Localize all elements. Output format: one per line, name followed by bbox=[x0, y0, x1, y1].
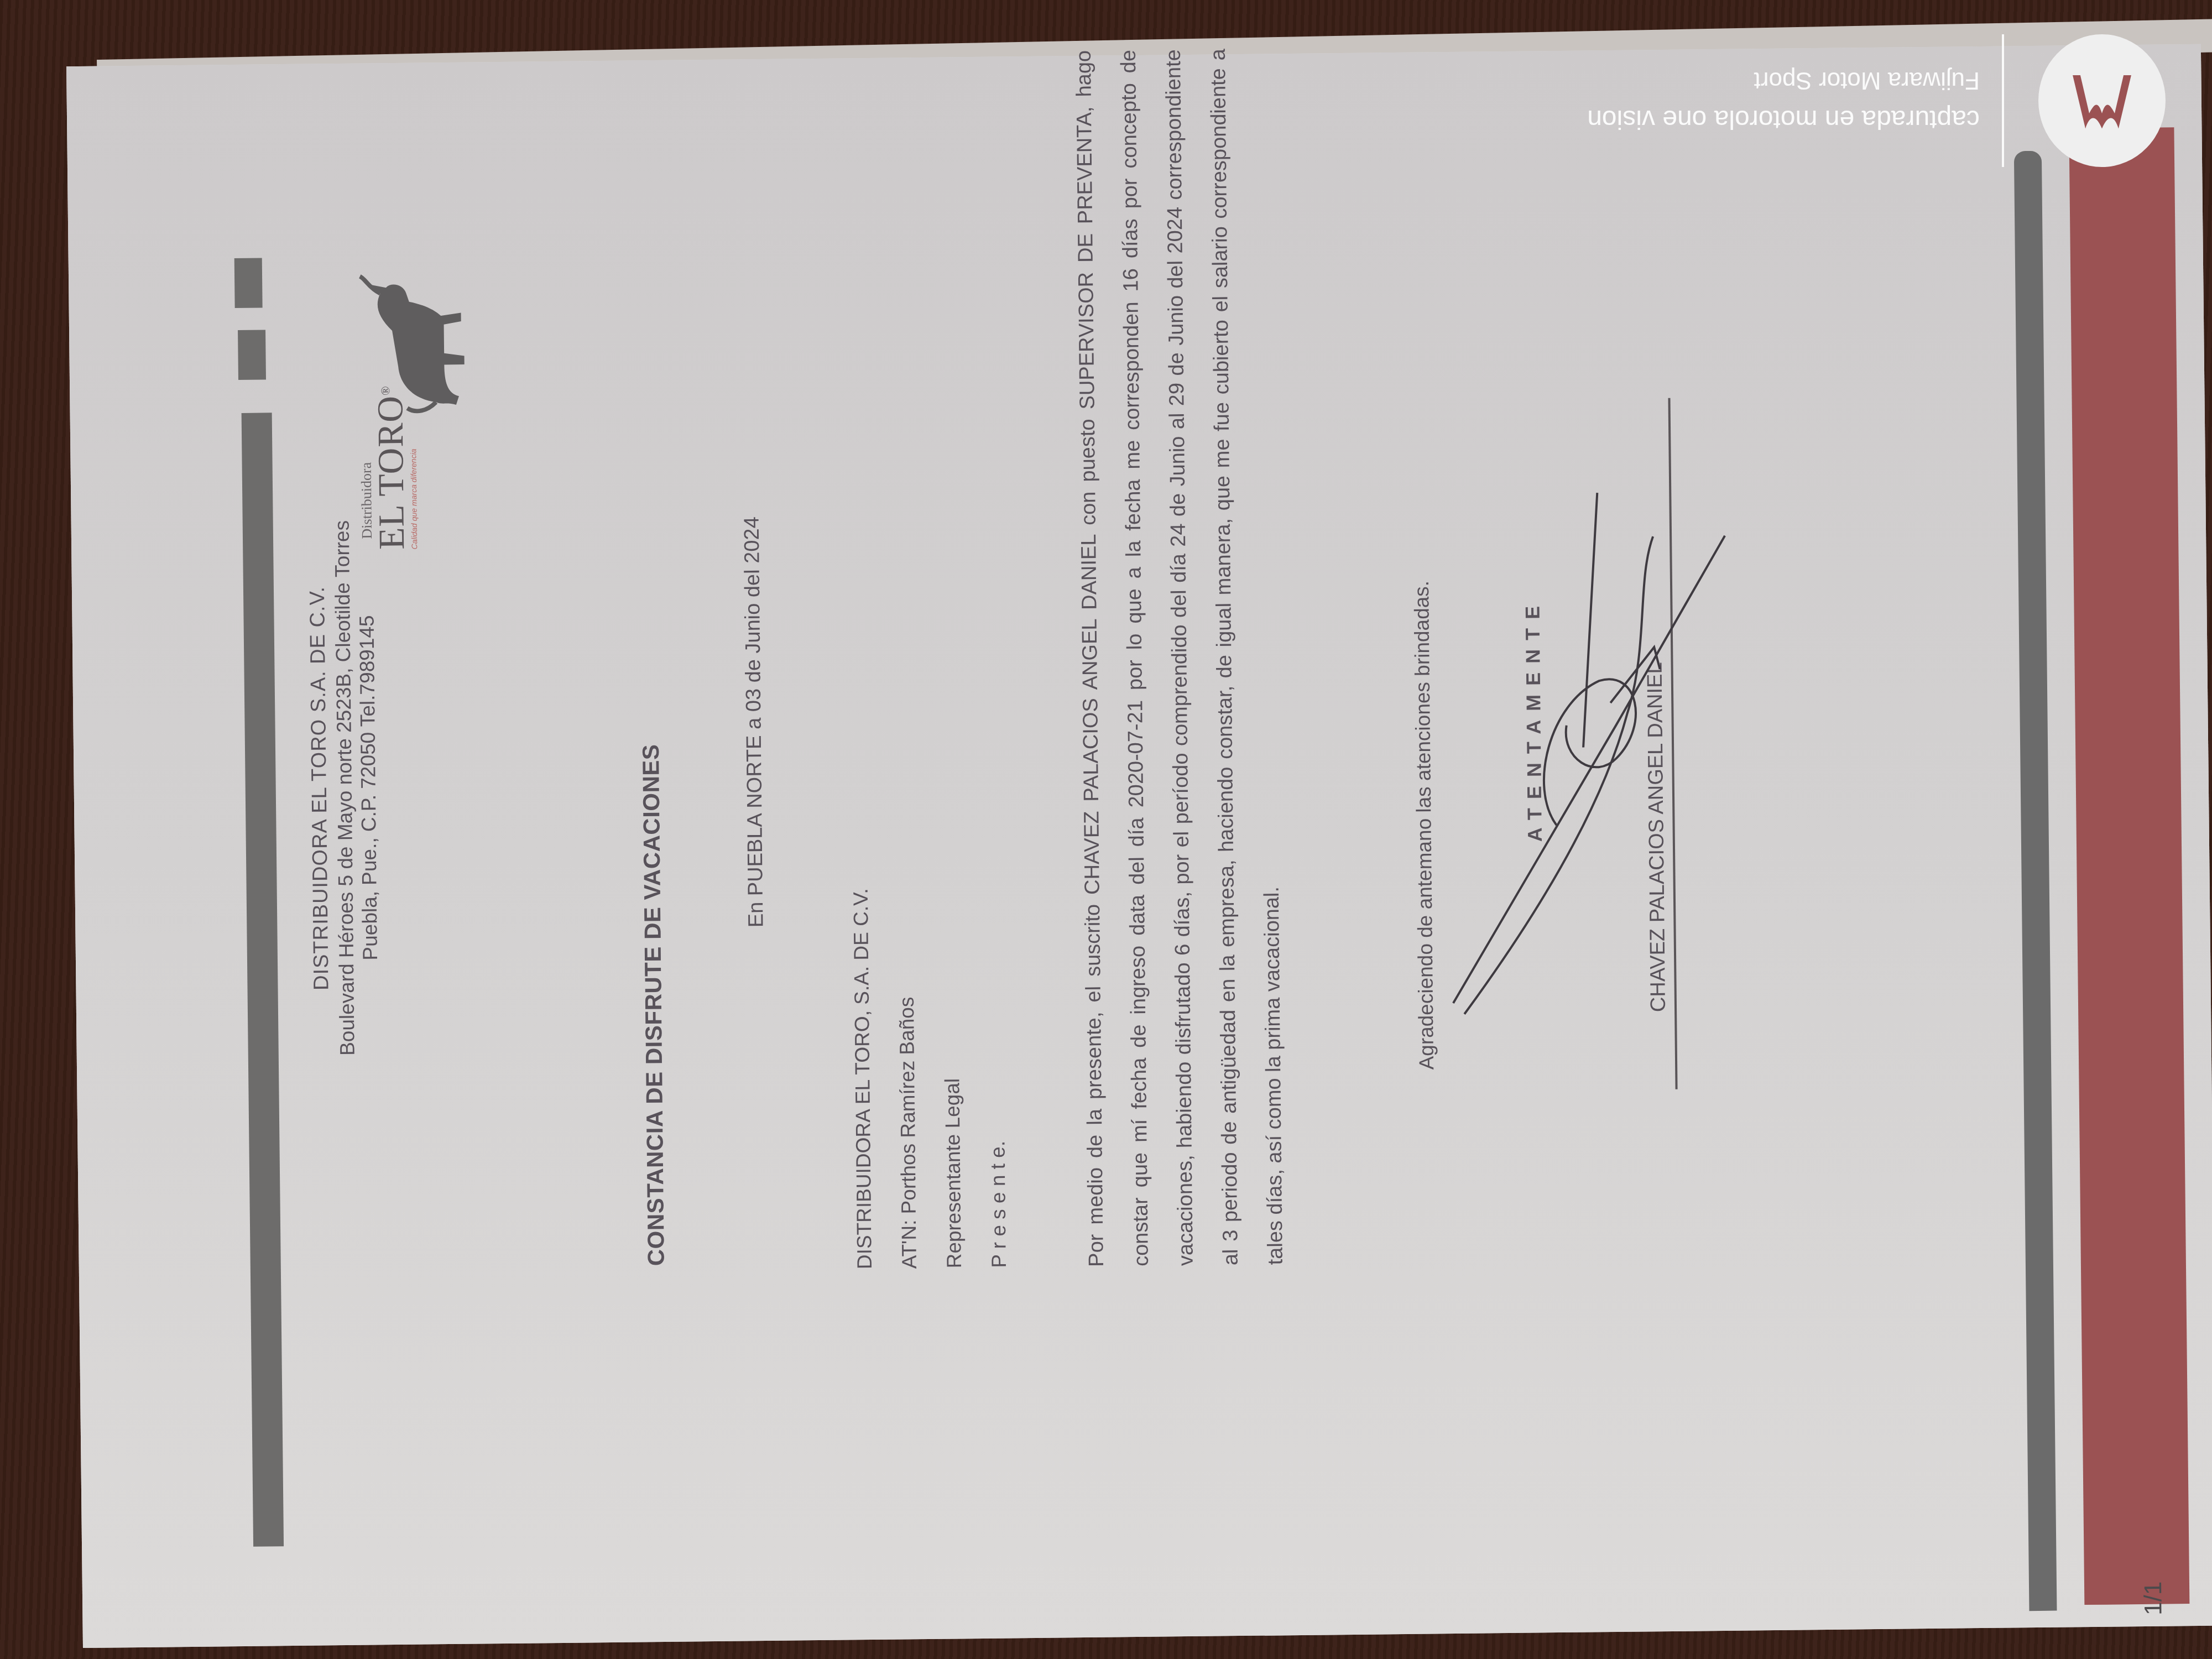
body-paragraph: Por medio de la presente, el suscrito CH… bbox=[1062, 48, 1298, 1267]
camera-watermark: capturada en motorola one vision Fujiwar… bbox=[1471, 44, 1980, 138]
watermark-line1: capturada en motorola one vision bbox=[1471, 100, 1980, 138]
company-logo: Distribuidora EL TORO® Calidad que marca… bbox=[357, 305, 525, 539]
header-bar bbox=[242, 413, 284, 1546]
signature-scribble bbox=[1415, 480, 1752, 1036]
letter-page: DISTRIBUIDORA EL TORO S.A. DE C.V. Boule… bbox=[66, 44, 2212, 1648]
recipient-attention: AT'N: Porthos Ramírez Baños bbox=[883, 888, 932, 1269]
bull-icon bbox=[334, 272, 479, 418]
recipient-block: DISTRIBUIDORA EL TORO, S.A. DE C.V. AT'N… bbox=[838, 886, 1021, 1269]
document-page: DISTRIBUIDORA EL TORO S.A. DE C.V. Boule… bbox=[66, 44, 2212, 1648]
watermark-divider bbox=[2002, 34, 2004, 167]
document-title: CONSTANCIA DE DISFRUTE DE VACACIONES bbox=[634, 436, 670, 1266]
logo-tagline: Calidad que marca diferencia bbox=[409, 448, 419, 549]
dateline: En PUEBLA NORTE a 03 de Junio del 2024 bbox=[740, 517, 769, 927]
footer-red-bar bbox=[2069, 127, 2189, 1605]
recipient-salutation: P r e s e n t e. bbox=[973, 886, 1021, 1268]
motorola-logo-icon bbox=[2038, 34, 2166, 167]
header-bar-segment bbox=[234, 258, 263, 308]
recipient-role: Representante Legal bbox=[928, 887, 977, 1269]
watermark-line2: Fujiwara Motor Sport bbox=[1471, 61, 1980, 100]
header-bar-segment bbox=[238, 330, 266, 380]
page-number: 1/1 bbox=[2140, 1581, 2168, 1615]
recipient-company: DISTRIBUIDORA EL TORO, S.A. DE C.V. bbox=[838, 888, 887, 1270]
footer-gray-bar bbox=[2014, 151, 2057, 1611]
